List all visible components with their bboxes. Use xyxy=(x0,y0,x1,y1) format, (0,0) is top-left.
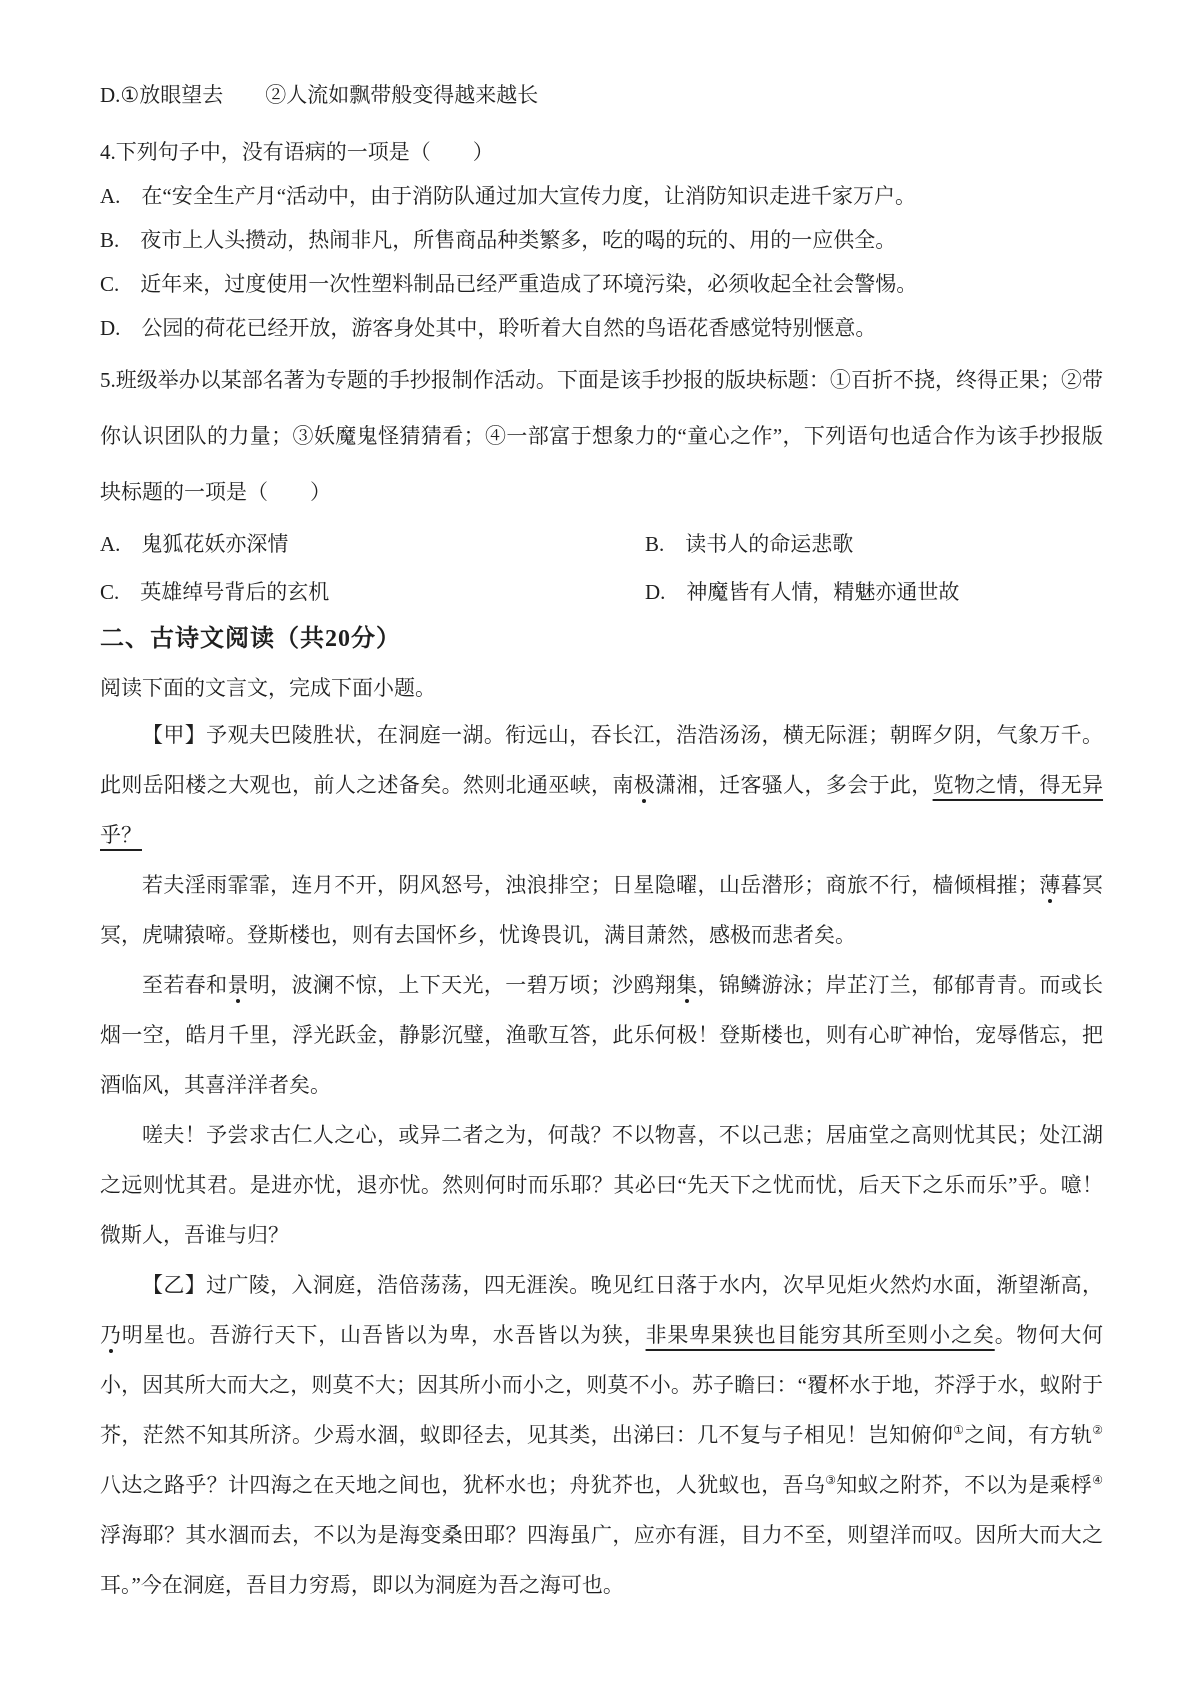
jia-paragraph-1: 【甲】予观夫巴陵胜状，在洞庭一湖。衔远山，吞长江，浩浩汤汤，横无际涯；朝晖夕阴，… xyxy=(100,710,1103,860)
question5-option-a: A. 鬼狐花妖亦深情 xyxy=(100,520,645,568)
section2-title: 二、古诗文阅读（共20分） xyxy=(100,618,1103,660)
question4-stem: 4.下列句子中，没有语病的一项是（ ） xyxy=(100,130,1103,174)
jia-paragraph-3: 至若春和景明，波澜不惊，上下天光，一碧万顷；沙鸥翔集，锦鳞游泳；岸芷汀兰，郁郁青… xyxy=(100,960,1103,1110)
question5-options-row-2: C. 英雄绰号背后的玄机 D. 神魔皆有人情，精魅亦通世故 xyxy=(100,568,1103,616)
question4-option-a: A. 在“安全生产月“活动中，由于消防队通过加大宣传力度，让消防知识走进千家万户… xyxy=(100,174,1103,218)
question5-options-row-1: A. 鬼狐花妖亦深情 B. 读书人的命运悲歌 xyxy=(100,520,1103,568)
prev-question-option-d: D.①放眼望去 ②人流如飘带般变得越来越长 xyxy=(100,73,1103,117)
jia-paragraph-4: 嗟夫！予尝求古仁人之心，或异二者之为，何哉？不以物喜，不以己悲；居庙堂之高则忧其… xyxy=(100,1110,1103,1260)
question5-stem: 5.班级举办以某部名著为专题的手抄报制作活动。下面是该手抄报的版块标题：①百折不… xyxy=(100,352,1103,520)
jia-paragraph-2: 若夫淫雨霏霏，连月不开，阴风怒号，浊浪排空；日星隐曜，山岳潜形；商旅不行，樯倾楫… xyxy=(100,860,1103,960)
question5-option-c: C. 英雄绰号背后的玄机 xyxy=(100,568,645,616)
question4-option-b: B. 夜市上人头攒动，热闹非凡，所售商品种类繁多，吃的喝的玩的、用的一应供全。 xyxy=(100,218,1103,262)
section2-intro: 阅读下面的文言文，完成下面小题。 xyxy=(100,666,1103,710)
yi-paragraph-1: 【乙】过广陵，入洞庭，浩倍荡荡，四无涯涘。晚见红日落于水内，次早见炬火然灼水面，… xyxy=(100,1260,1103,1610)
question4-option-d: D. 公园的荷花已经开放，游客身处其中，聆听着大自然的鸟语花香感觉特别惬意。 xyxy=(100,306,1103,350)
question5-option-b: B. 读书人的命运悲歌 xyxy=(645,520,1103,568)
question5-option-d: D. 神魔皆有人情，精魅亦通世故 xyxy=(645,568,1103,616)
classical-passage-jia: 【甲】予观夫巴陵胜状，在洞庭一湖。衔远山，吞长江，浩浩汤汤，横无际涯；朝晖夕阴，… xyxy=(100,710,1103,1260)
question4-option-c: C. 近年来，过度使用一次性塑料制品已经严重造成了环境污染，必须收起全社会警惕。 xyxy=(100,262,1103,306)
classical-passage-yi: 【乙】过广陵，入洞庭，浩倍荡荡，四无涯涘。晚见红日落于水内，次早见炬火然灼水面，… xyxy=(100,1260,1103,1610)
exam-page: D.①放眼望去 ②人流如飘带般变得越来越长 4.下列句子中，没有语病的一项是（ … xyxy=(0,0,1200,1698)
